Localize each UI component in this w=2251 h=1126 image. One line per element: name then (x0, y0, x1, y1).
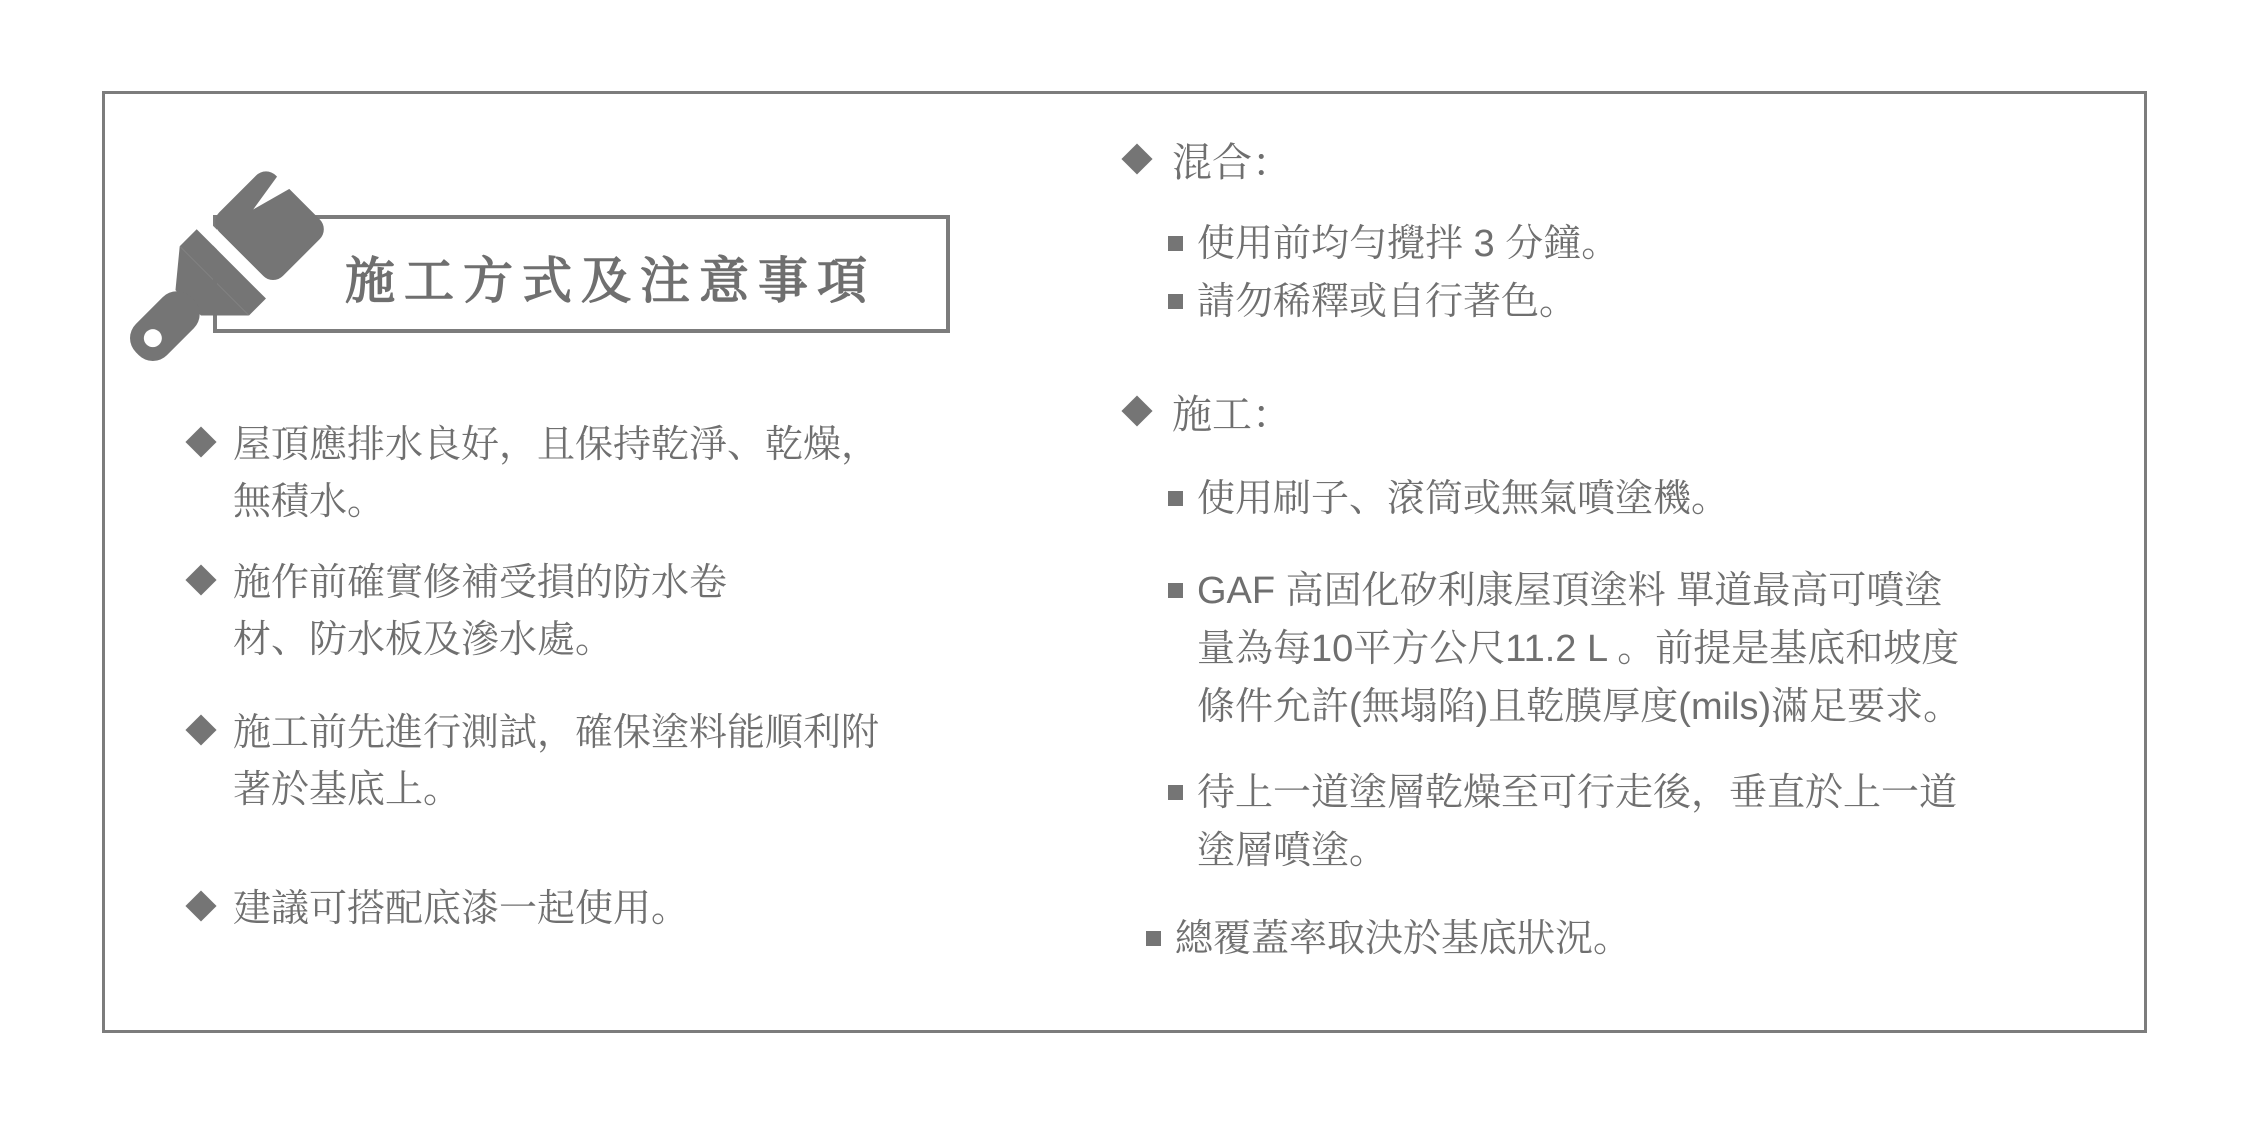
text-line: 屋頂應排水良好，且保持乾淨、乾燥， (233, 417, 879, 474)
list-item-text: 施工前先進行測試，確保塗料能順利附 著於基底上。 (233, 705, 879, 819)
diamond-bullet-icon (185, 890, 216, 921)
section-heading-label: 混合： (1172, 133, 1292, 193)
page-title: 施工方式及注意事項 (345, 241, 876, 313)
list-item-text: 總覆蓋率取決於基底狀況。 (1175, 910, 1631, 968)
section-heading-label: 施工： (1172, 385, 1292, 445)
list-item: 建議可搭配底漆一起使用。 (185, 881, 1045, 938)
diamond-bullet-icon (185, 714, 216, 745)
text-line: 施作前確實修補受損的防水卷 (233, 555, 727, 612)
diamond-bullet-icon (185, 564, 216, 595)
text-line: 待上一道塗層乾燥至可行走後，垂直於上一道 (1197, 764, 1957, 822)
list-item-text: 請勿稀釋或自行著色。 (1197, 273, 1577, 331)
section-mixing: 混合： 使用前均勻攪拌 3 分鐘。 請勿稀釋或自行著色。 (1121, 133, 2131, 331)
list-item: 待上一道塗層乾燥至可行走後，垂直於上一道 塗層噴塗。 (1121, 764, 2131, 880)
list-item-text: 屋頂應排水良好，且保持乾淨、乾燥， 無積水。 (233, 417, 879, 531)
left-column: 屋頂應排水良好，且保持乾淨、乾燥， 無積水。 施作前確實修補受損的防水卷 材、防… (185, 417, 1045, 938)
section-heading: 施工： (1121, 385, 2131, 445)
list-item-text: 待上一道塗層乾燥至可行走後，垂直於上一道 塗層噴塗。 (1197, 764, 1957, 880)
list-item: 請勿稀釋或自行著色。 (1121, 273, 2131, 331)
right-column: 混合： 使用前均勻攪拌 3 分鐘。 請勿稀釋或自行著色。 施工： (1121, 133, 2131, 968)
square-bullet-icon (1168, 294, 1183, 309)
list-item-text: 施作前確實修補受損的防水卷 材、防水板及滲水處。 (233, 555, 727, 669)
list-item: 施工前先進行測試，確保塗料能順利附 著於基底上。 (185, 705, 1045, 819)
text-line: 條件允許(無塌陷)且乾膜厚度(mils)滿足要求。 (1197, 678, 1961, 736)
text-line: 請勿稀釋或自行著色。 (1197, 273, 1577, 331)
text-line: 施工前先進行測試，確保塗料能順利附 (233, 705, 879, 762)
text-line: 塗層噴塗。 (1197, 822, 1957, 880)
text-line: 材、防水板及滲水處。 (233, 612, 727, 669)
list-item: 總覆蓋率取決於基底狀況。 (1121, 910, 2131, 968)
square-bullet-icon (1168, 236, 1183, 251)
text-line: 無積水。 (233, 474, 879, 531)
list-item: 使用刷子、滾筒或無氣噴塗機。 (1121, 470, 2131, 528)
square-bullet-icon (1146, 931, 1161, 946)
section-heading: 混合： (1121, 133, 2131, 193)
text-line: 著於基底上。 (233, 762, 879, 819)
diamond-bullet-icon (1121, 395, 1152, 426)
text-line: 建議可搭配底漆一起使用。 (233, 881, 689, 938)
list-item-text: 使用前均勻攪拌 3 分鐘。 (1197, 215, 1619, 273)
info-card: 施工方式及注意事項 屋頂應排水良好，且保持乾淨、乾燥， 無積水。 施作前確實修補… (102, 91, 2147, 1033)
page: { "page": { "background": "#ffffff" }, "… (0, 0, 2251, 1126)
text-line: 量為每10平方公尺11.2 L 。前提是基底和坡度 (1197, 620, 1961, 678)
diamond-bullet-icon (1121, 143, 1152, 174)
list-item: 屋頂應排水良好，且保持乾淨、乾燥， 無積水。 (185, 417, 1045, 531)
list-item-text: GAF 高固化矽利康屋頂塗料 單道最高可噴塗 量為每10平方公尺11.2 L 。… (1197, 562, 1961, 736)
list-item: GAF 高固化矽利康屋頂塗料 單道最高可噴塗 量為每10平方公尺11.2 L 。… (1121, 562, 2131, 736)
square-bullet-icon (1168, 785, 1183, 800)
list-item: 使用前均勻攪拌 3 分鐘。 (1121, 215, 2131, 273)
list-item: 施作前確實修補受損的防水卷 材、防水板及滲水處。 (185, 555, 1045, 669)
text-line: 總覆蓋率取決於基底狀況。 (1175, 910, 1631, 968)
diamond-bullet-icon (185, 426, 216, 457)
section-application: 施工： 使用刷子、滾筒或無氣噴塗機。 GAF 高固化矽利康屋頂塗料 單道最高可噴… (1121, 385, 2131, 968)
square-bullet-icon (1168, 583, 1183, 598)
text-line: 使用刷子、滾筒或無氣噴塗機。 (1197, 470, 1729, 528)
list-item-text: 建議可搭配底漆一起使用。 (233, 881, 689, 938)
square-bullet-icon (1168, 491, 1183, 506)
text-line: GAF 高固化矽利康屋頂塗料 單道最高可噴塗 (1197, 562, 1961, 620)
paint-brush-icon (78, 153, 338, 413)
text-line: 使用前均勻攪拌 3 分鐘。 (1197, 215, 1619, 273)
list-item-text: 使用刷子、滾筒或無氣噴塗機。 (1197, 470, 1729, 528)
